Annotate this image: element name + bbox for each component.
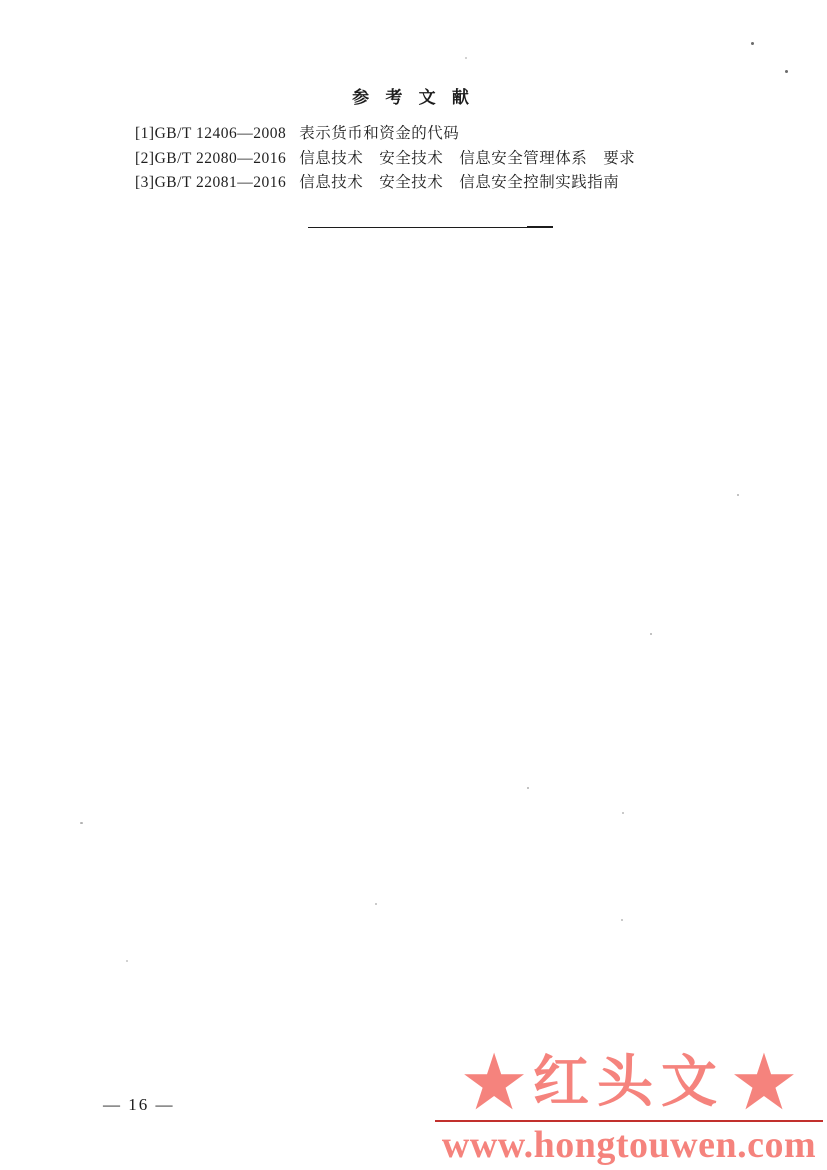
- reference-item: [3]GB/T 22081—2016 信息技术 安全技术 信息安全控制实践指南: [135, 170, 695, 195]
- scan-speck: [375, 903, 377, 905]
- reference-title: 信息技术 安全技术 信息安全管理体系 要求: [299, 146, 635, 168]
- scan-speck: [527, 787, 529, 789]
- scan-speck: [622, 812, 624, 814]
- star-icon: ★: [459, 1048, 529, 1118]
- reference-item: [2]GB/T 22080—2016 信息技术 安全技术 信息安全管理体系 要求: [135, 146, 695, 171]
- reference-code: [2]GB/T 22080—2016: [135, 150, 286, 168]
- watermark-url: www.hongtouwen.com: [433, 1123, 825, 1167]
- reference-code: [1]GB/T 12406—2008: [135, 125, 286, 143]
- scan-speck: [126, 960, 128, 962]
- scan-speck: [650, 633, 652, 635]
- reference-title: 表示货币和资金的代码: [299, 121, 459, 143]
- scan-speck: [785, 70, 788, 73]
- scan-speck: [621, 919, 623, 921]
- reference-title: 信息技术 安全技术 信息安全控制实践指南: [299, 170, 619, 192]
- reference-code: [3]GB/T 22081—2016: [135, 174, 286, 192]
- star-icon: ★: [729, 1048, 799, 1118]
- watermark-text: 红头文: [533, 1048, 725, 1118]
- watermark-title-row: ★ 红头文 ★: [433, 1048, 825, 1118]
- watermark: ★ 红头文 ★ www.hongtouwen.com: [433, 1048, 825, 1167]
- scan-speck: [737, 494, 739, 496]
- section-divider: [308, 227, 553, 228]
- scan-speck: [465, 57, 467, 59]
- document-page: 参 考 文 献 [1]GB/T 12406—2008 表示货币和资金的代码 [2…: [0, 0, 827, 1170]
- reference-list: [1]GB/T 12406—2008 表示货币和资金的代码 [2]GB/T 22…: [135, 121, 695, 195]
- scan-speck: [80, 822, 83, 824]
- page-number: — 16 —: [103, 1095, 175, 1115]
- page-title: 参 考 文 献: [0, 83, 827, 108]
- scan-speck: [751, 42, 754, 45]
- reference-item: [1]GB/T 12406—2008 表示货币和资金的代码: [135, 121, 695, 146]
